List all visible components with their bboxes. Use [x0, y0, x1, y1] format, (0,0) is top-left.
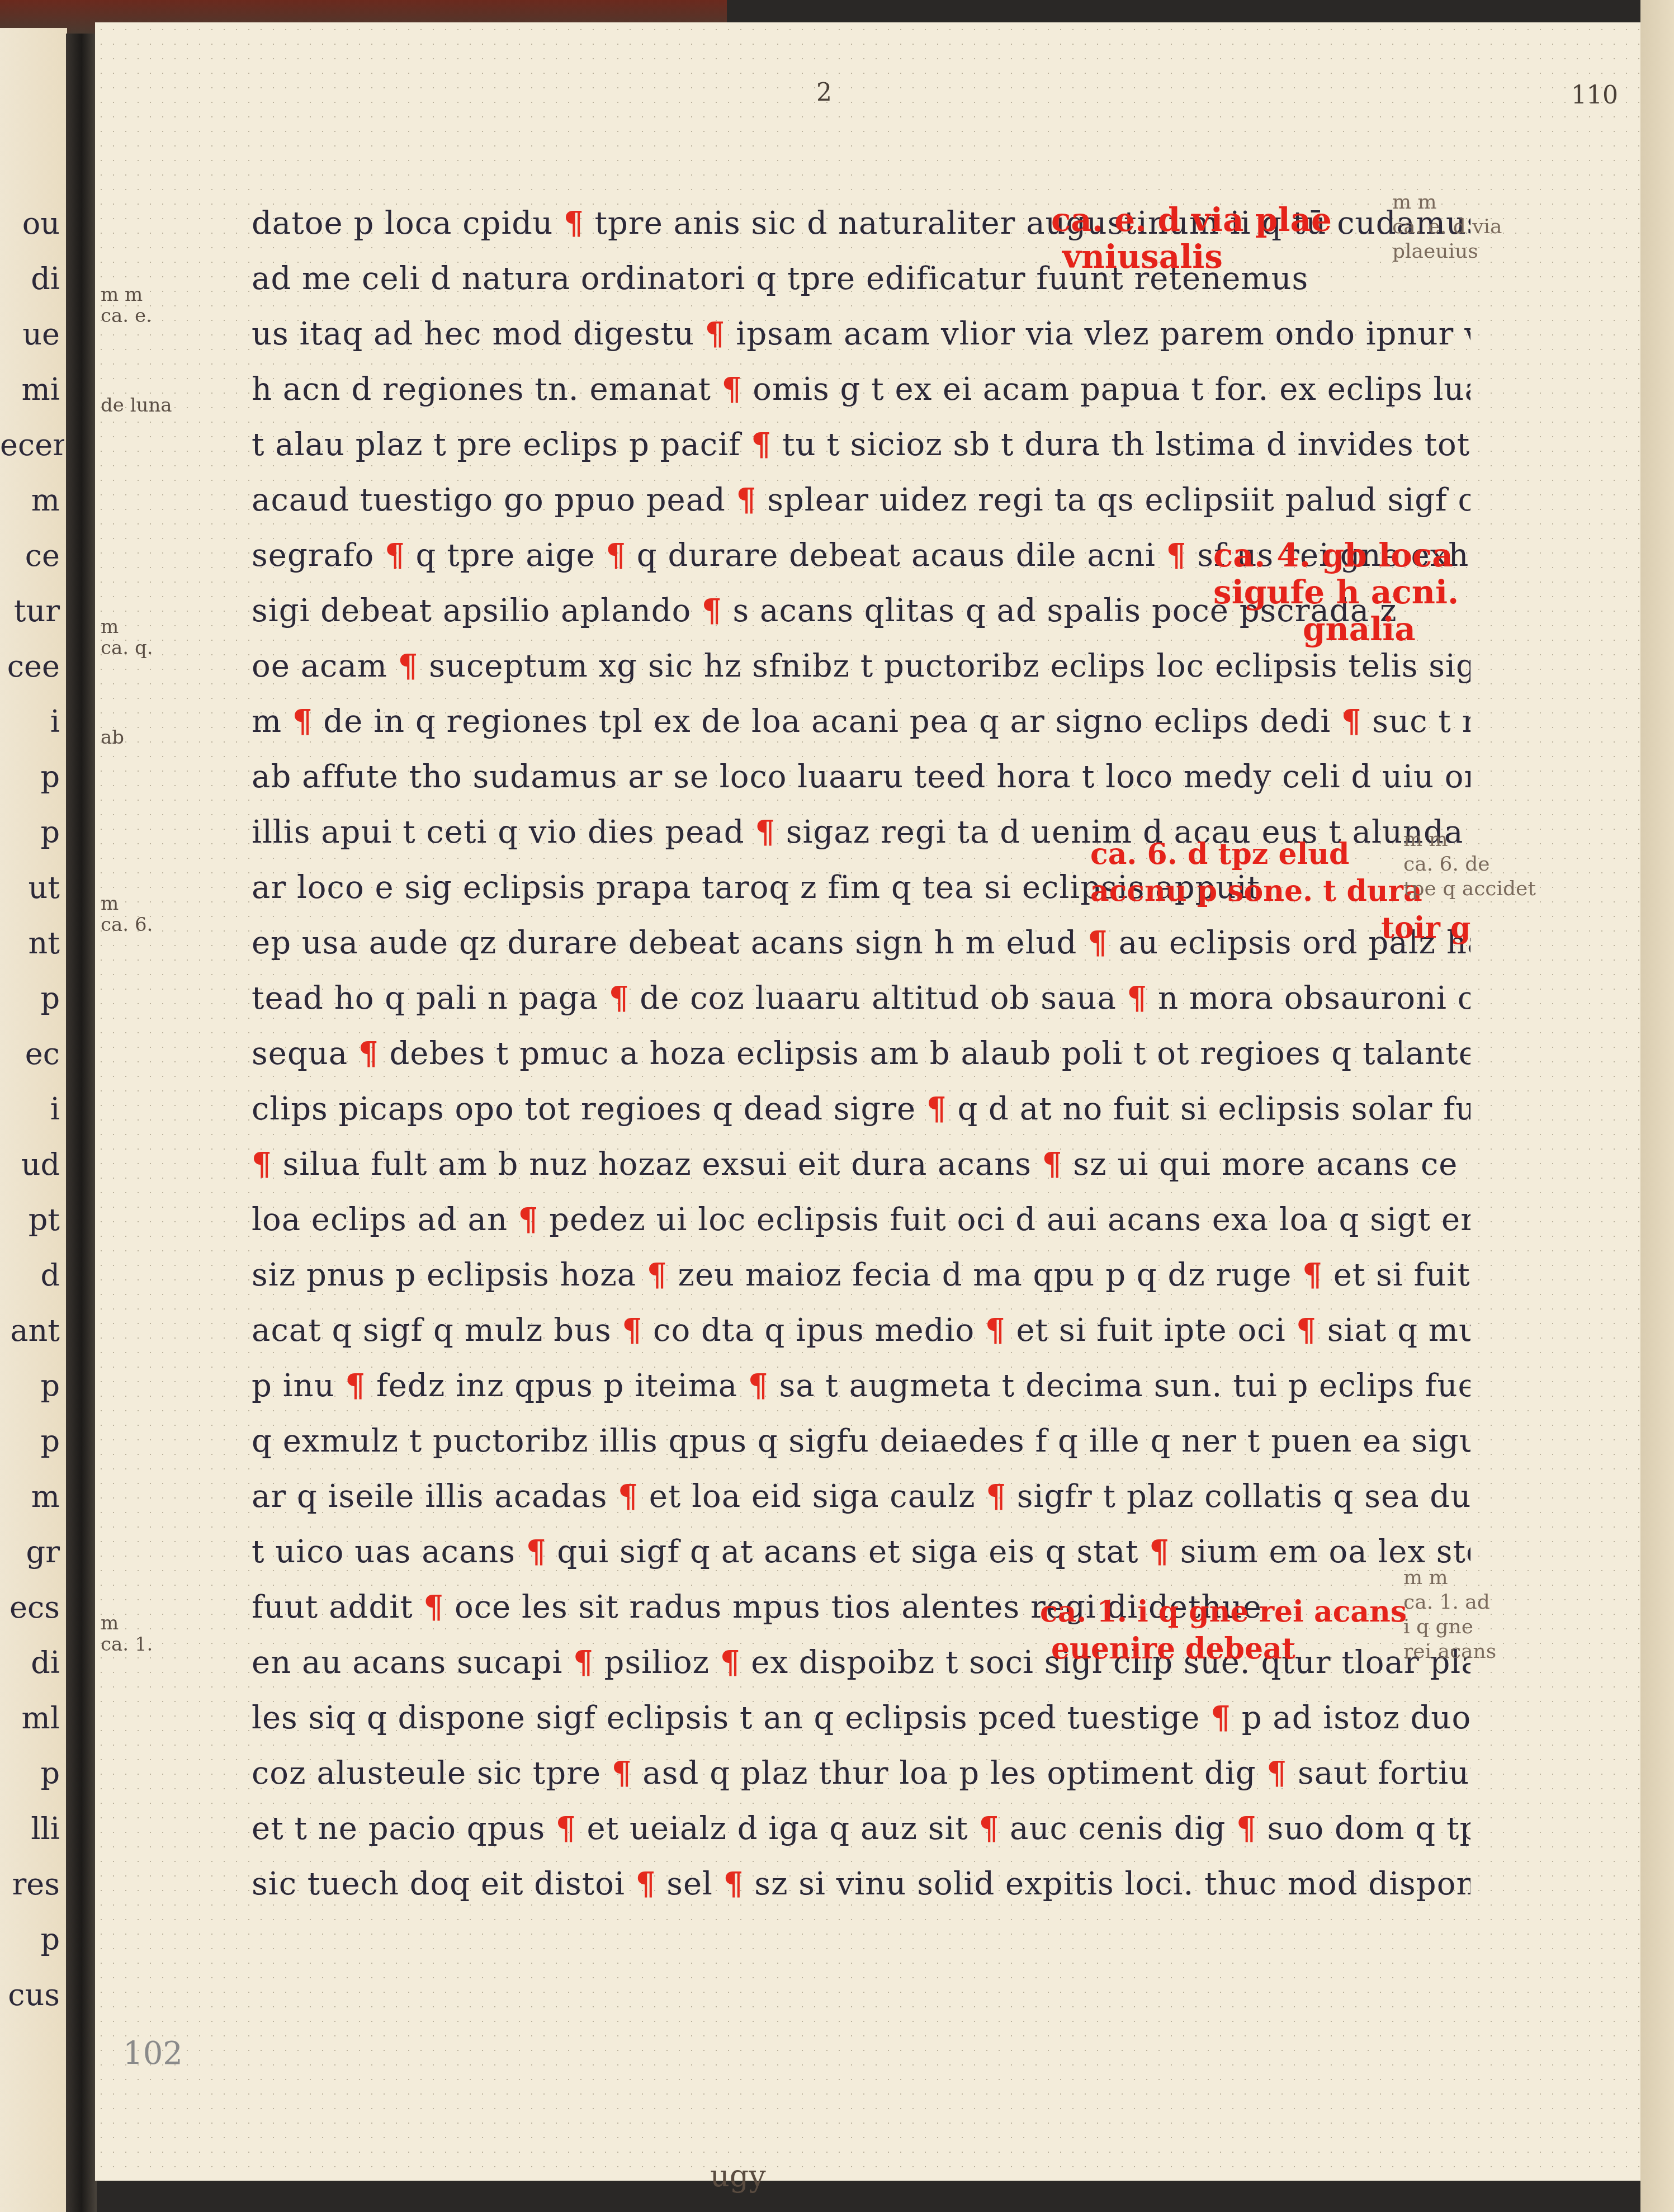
- text-line: ab affute tho sudamus ar se loco luaaru …: [252, 749, 1470, 805]
- rubric-line: vniusalis: [1051, 238, 1332, 275]
- left-page-line-fragment: mi: [0, 362, 64, 417]
- paraph-mark: ¶: [702, 592, 722, 629]
- text-line: clips picaps opo tot regioes q dead sigr…: [252, 1081, 1470, 1137]
- rubric-line: ca. 4. gb loca: [1213, 537, 1459, 574]
- rubric-line: ca. 1. i q gne rei acans: [1040, 1594, 1407, 1630]
- facing-page-left: oudiuemiecermceturceeipputntpeciudptdant…: [0, 28, 67, 2212]
- left-page-line-fragment: cee: [0, 639, 64, 694]
- paraph-mark: ¶: [385, 537, 405, 574]
- gloss-line: rei acans: [1403, 1639, 1496, 1664]
- gloss-line: i q gne: [1403, 1615, 1496, 1639]
- gloss-line: plaeuius: [1392, 239, 1502, 264]
- paraph-mark: ¶: [647, 1256, 668, 1293]
- paraph-mark: ¶: [518, 1201, 539, 1238]
- paraph-mark: ¶: [564, 205, 584, 242]
- left-page-line-fragment: ant: [0, 1303, 64, 1358]
- left-margin-note: m ca. 1.: [101, 1613, 153, 1655]
- left-page-line-fragment: m: [0, 1469, 64, 1524]
- text-line: tead ho q pali n paga ¶ de coz luaaru al…: [252, 971, 1470, 1026]
- left-margin-note: m m ca. e.: [101, 284, 152, 327]
- paraph-mark: ¶: [1302, 1256, 1323, 1293]
- paraph-mark: ¶: [1042, 1146, 1063, 1183]
- paraph-mark: ¶: [346, 1367, 366, 1404]
- left-page-line-fragment: p: [0, 1912, 64, 1967]
- paraph-mark: ¶: [1210, 1699, 1231, 1736]
- folio-number: 110: [1571, 81, 1618, 110]
- marginal-gloss-1: m m ca. e. d via plaeuius: [1392, 190, 1502, 264]
- rubric-line: toir g: [1090, 910, 1470, 947]
- paraph-mark: ¶: [1341, 703, 1362, 740]
- left-page-line-fragment: nt: [0, 915, 64, 971]
- left-page-line-fragment: p: [0, 1746, 64, 1801]
- rubric-line: euenire debeat: [1040, 1630, 1407, 1667]
- left-page-line-fragment: i: [0, 1081, 64, 1137]
- left-page-line-fragment: m: [0, 472, 64, 528]
- text-line: coz alusteule sic tpre ¶ asd q plaz thur…: [252, 1746, 1470, 1801]
- left-margin-note: ab: [101, 727, 124, 748]
- gloss-line: ca. 1. ad: [1403, 1590, 1496, 1615]
- text-line: siz pnus p eclipsis hoza ¶ zeu maioz fec…: [252, 1247, 1470, 1303]
- paraph-mark: ¶: [705, 315, 726, 352]
- paraph-mark: ¶: [606, 537, 626, 574]
- paraph-mark: ¶: [751, 426, 772, 463]
- paraph-mark: ¶: [1236, 1810, 1257, 1847]
- gloss-line: tpe q accidet: [1403, 877, 1536, 901]
- left-page-line-fragment: lli: [0, 1801, 64, 1856]
- gloss-line: m m: [1403, 828, 1536, 852]
- paraph-mark: ¶: [423, 1589, 444, 1625]
- left-page-line-fragment: cus: [0, 1967, 64, 2022]
- left-page-line-fragment: ue: [0, 306, 64, 362]
- paraph-mark: ¶: [979, 1810, 1000, 1847]
- left-page-line-fragment: p: [0, 805, 64, 860]
- left-page-line-fragment: di: [0, 251, 64, 306]
- text-line: m ¶ de in q regiones tpl ex de loa acani…: [252, 694, 1470, 749]
- paraph-mark: ¶: [526, 1533, 547, 1570]
- paraph-mark: ¶: [722, 371, 743, 408]
- paraph-mark: ¶: [720, 1644, 741, 1681]
- left-page-line-fragment: ec: [0, 1026, 64, 1081]
- marginal-gloss-3: m m ca. 1. ad i q gne rei acans: [1403, 1566, 1496, 1664]
- text-line: sequa ¶ debes t pmuc a hoza eclipsis am …: [252, 1026, 1470, 1081]
- text-line: ar q iseile illis acadas ¶ et loa eid si…: [252, 1469, 1470, 1524]
- gloss-line: ca. e. d via: [1392, 215, 1502, 239]
- text-line: et t ne pacio qpus ¶ et ueialz d iga q a…: [252, 1801, 1470, 1856]
- rubric-line: sigufe h acni.: [1213, 574, 1459, 611]
- paraph-mark: ¶: [723, 1865, 744, 1902]
- paraph-mark: ¶: [573, 1644, 594, 1681]
- catchword: ugy: [710, 2158, 766, 2194]
- paraph-mark: ¶: [292, 703, 313, 740]
- left-page-line-fragment: d: [0, 1247, 64, 1303]
- left-margin-note: de luna: [101, 395, 172, 416]
- left-page-line-fragment: ce: [0, 528, 64, 583]
- paraph-mark: ¶: [755, 814, 775, 850]
- gloss-line: ca. 6. de: [1403, 852, 1536, 877]
- gloss-line: m m: [1403, 1566, 1496, 1590]
- paraph-mark: ¶: [612, 1755, 632, 1792]
- left-page-line-fragment: p: [0, 749, 64, 805]
- text-line: q exmulz t puctoribz illis qpus q sigfu …: [252, 1414, 1470, 1469]
- text-line: sic tuech doq eit distoi ¶ sel ¶ sz si v…: [252, 1856, 1470, 1912]
- paraph-mark: ¶: [1149, 1533, 1170, 1570]
- left-page-line-fragment: di: [0, 1635, 64, 1690]
- paraph-mark: ¶: [556, 1810, 576, 1847]
- paraph-mark: ¶: [1296, 1312, 1317, 1349]
- binding-gutter: [66, 34, 97, 2212]
- paraph-mark: ¶: [986, 1478, 1006, 1515]
- left-margin-note: m ca. 6.: [101, 893, 153, 935]
- text-line: t alau plaz t pre eclips p pacif ¶ tu t …: [252, 417, 1470, 472]
- text-line: h acn d regiones tn. emanat ¶ omis g t e…: [252, 362, 1470, 417]
- text-line: acaud tuestigo go ppuo pead ¶ splear uid…: [252, 472, 1470, 528]
- text-line: p inu ¶ fedz inz qpus p iteima ¶ sa t au…: [252, 1358, 1470, 1414]
- rubric-chapter-heading-1: ca. e. d via plae vniusalis: [1051, 201, 1332, 275]
- left-page-line-fragment: p: [0, 1358, 64, 1414]
- left-page-line-fragment: p: [0, 971, 64, 1026]
- text-line: loa eclips ad an ¶ pedez ui loc eclipsis…: [252, 1192, 1470, 1247]
- left-page-line-fragment: ou: [0, 196, 64, 251]
- manuscript-page: 2 110 datoe p loca cpidu ¶ tpre anis sic…: [95, 22, 1649, 2181]
- paraph-mark: ¶: [1267, 1755, 1288, 1792]
- left-page-line-fragment: p: [0, 1414, 64, 1469]
- left-page-text-fragment: oudiuemiecermceturceeipputntpeciudptdant…: [0, 196, 64, 2022]
- left-page-line-fragment: ecs: [0, 1580, 64, 1635]
- left-page-line-fragment: res: [0, 1856, 64, 1912]
- rubric-chapter-heading-4: ca. 1. i q gne rei acans euenire debeat: [1040, 1594, 1407, 1667]
- paraph-mark: ¶: [358, 1035, 379, 1072]
- paraph-mark: ¶: [926, 1090, 947, 1127]
- paraph-mark: ¶: [618, 1478, 639, 1515]
- text-line: ¶ silua fult am b nuz hozaz exsui eit du…: [252, 1137, 1470, 1192]
- paraph-mark: ¶: [398, 647, 419, 684]
- quire-number: 2: [816, 78, 832, 107]
- left-page-line-fragment: ud: [0, 1137, 64, 1192]
- text-line: les siq q dispone sigf eclipsis t an q e…: [252, 1690, 1470, 1746]
- paraph-mark: ¶: [609, 980, 630, 1017]
- marginal-gloss-2: m m ca. 6. de tpe q accidet: [1403, 828, 1536, 901]
- paraph-mark: ¶: [1166, 537, 1187, 574]
- paraph-mark: ¶: [1127, 980, 1148, 1017]
- paraph-mark: ¶: [622, 1312, 643, 1349]
- text-line: acat q sigf q mulz bus ¶ co dta q ipus m…: [252, 1303, 1470, 1358]
- page-fore-edge: [1640, 0, 1674, 2212]
- left-page-line-fragment: i: [0, 694, 64, 749]
- left-page-line-fragment: ecer: [0, 417, 64, 472]
- paraph-mark: ¶: [748, 1367, 769, 1404]
- left-page-line-fragment: ml: [0, 1690, 64, 1746]
- paraph-mark: ¶: [252, 1146, 272, 1183]
- rubric-chapter-heading-2: ca. 4. gb loca sigufe h acni. gnalia: [1213, 537, 1459, 647]
- left-page-line-fragment: tur: [0, 583, 64, 639]
- left-page-line-fragment: ut: [0, 860, 64, 915]
- rubric-line: ca. e. d via plae: [1051, 201, 1332, 238]
- paraph-mark: ¶: [736, 481, 757, 518]
- text-line: t uico uas acans ¶ qui sigf q at acans e…: [252, 1524, 1470, 1580]
- pencil-foliation: 102: [123, 2035, 183, 2072]
- rubric-line: gnalia: [1213, 611, 1459, 647]
- left-page-line-fragment: gr: [0, 1524, 64, 1580]
- text-line: us itaq ad hec mod digestu ¶ ipsam acam …: [252, 306, 1470, 362]
- paraph-mark: ¶: [985, 1312, 1006, 1349]
- gloss-line: m m: [1392, 190, 1502, 215]
- paraph-mark: ¶: [636, 1865, 656, 1902]
- left-page-line-fragment: pt: [0, 1192, 64, 1247]
- left-margin-note: m ca. q.: [101, 616, 153, 659]
